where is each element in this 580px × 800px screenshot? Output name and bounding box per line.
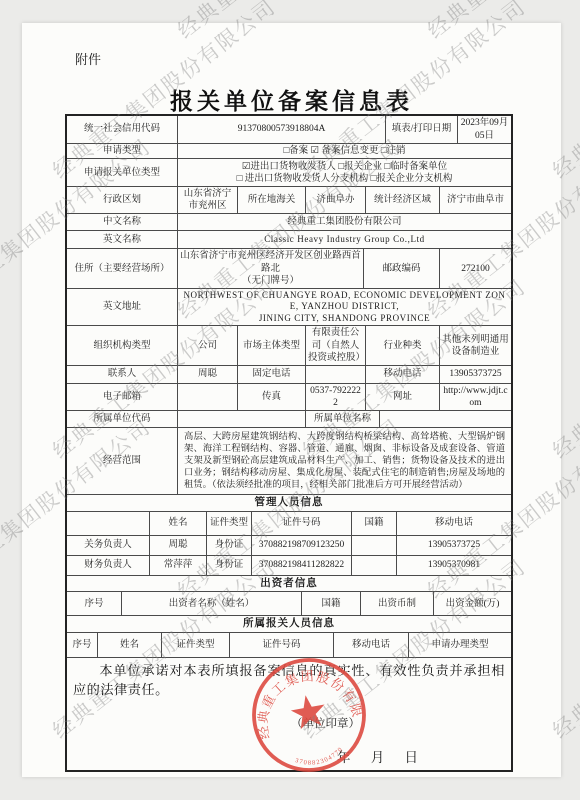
managers-header-cell-4: 国籍: [351, 512, 396, 535]
en-address-cell-1: NORTHWEST OF CHUANGYE ROAD, ECONOMIC DEV…: [177, 289, 511, 326]
row-cn-name: 中文名称经典重工集团股份有限公司: [67, 213, 511, 230]
contact-cell-5: 13905373725: [439, 366, 511, 383]
apply-type-cell-0: 申请类型: [67, 144, 177, 158]
row-customs-manager: 关务负责人周聪身份证37088219870912325013905373725: [67, 535, 511, 555]
org-type-cell-4: 行业种类: [365, 326, 439, 364]
row-uscc: 统一社会信用代码91370800573918804A填表/打印日期2023年09…: [67, 116, 511, 143]
managers-header-cell-5: 移动电话: [396, 512, 511, 535]
customs-manager-cell-3: 370882198709123250: [251, 536, 351, 555]
row-business-scope: 经营范围高层、大跨房屋建筑钢结构、大跨度钢结构桥梁结构、高耸塔桅、大型锅炉钢架、…: [67, 427, 511, 494]
scanned-document-canvas: 附件 报关单位备案信息表 统一社会信用代码91370800573918804A填…: [0, 0, 580, 800]
org-type-cell-5: 其他未列明通用设备制造业: [439, 326, 511, 364]
parent-unit-cell-3: [379, 411, 511, 427]
row-managers-header: 姓名证件类型证件号码国籍移动电话: [67, 511, 511, 535]
row-investors-title: 出资者信息: [67, 575, 511, 591]
seal-star-icon: [289, 692, 328, 730]
en-name-cell-1: Classic Heavy Industry Group Co.,Ltd: [177, 231, 511, 248]
uscc-cell-1: 91370800573918804A: [177, 116, 385, 143]
cn-name-cell-0: 中文名称: [67, 214, 177, 230]
row-staff-title: 所属报关人员信息: [67, 615, 511, 631]
unit-type-cell-1: ☑进出口货物收发货人 □报关企业 □临时备案单位 □ 进出口货物收发货人分支机构…: [177, 159, 511, 186]
parent-unit-cell-2: 所属单位名称: [305, 411, 379, 427]
investors-title-label: 出资者信息: [67, 576, 511, 591]
row-apply-type: 申请类型□备案 ☑ 备案信息变更 □注销: [67, 143, 511, 158]
finance-manager-cell-3: 370882198411282822: [251, 556, 351, 575]
investors-header-cell-3: 出资币制: [360, 592, 433, 615]
managers-header-cell-3: 证件号码: [251, 512, 351, 535]
row-en-address: 英文地址NORTHWEST OF CHUANGYE ROAD, ECONOMIC…: [67, 288, 511, 326]
row-parent-unit: 所属单位代码所属单位名称: [67, 410, 511, 427]
finance-manager-cell-2: 身份证: [206, 556, 251, 575]
investors-header-cell-4: 出资金额(万): [433, 592, 511, 615]
page-title: 报关单位备案信息表: [22, 83, 561, 116]
org-type-cell-2: 市场主体类型: [237, 326, 305, 364]
unit-type-cell-0: 申请报关单位类型: [67, 159, 177, 186]
registration-form-table: 统一社会信用代码91370800573918804A填表/打印日期2023年09…: [65, 114, 513, 772]
email-cell-2: 传真: [237, 384, 305, 410]
finance-manager-cell-1: 常萍萍: [149, 556, 206, 575]
parent-unit-cell-1: [177, 411, 305, 427]
row-staff-header: 序号姓名证件类型证件号码移动电话申请办理类型: [67, 632, 511, 657]
email-cell-1: [177, 384, 237, 410]
row-en-name: 英文名称Classic Heavy Industry Group Co.,Ltd: [67, 230, 511, 248]
finance-manager-cell-5: 13905370981: [396, 556, 511, 575]
customs-manager-cell-1: 周聪: [149, 536, 206, 555]
row-contact: 联系人周聪固定电话移动电话13905373725: [67, 365, 511, 383]
admin-division-cell-3: 济曲阜办: [305, 187, 365, 213]
cn-name-cell-1: 经典重工集团股份有限公司: [177, 214, 511, 230]
admin-division-cell-5: 济宁市曲阜市: [439, 187, 511, 213]
admin-division-cell-2: 所在地海关: [237, 187, 305, 213]
uscc-cell-0: 统一社会信用代码: [67, 116, 177, 143]
org-type-cell-0: 组织机构类型: [67, 326, 177, 364]
row-admin-division: 行政区划山东省济宁市兖州区所在地海关济曲阜办统计经济区域济宁市曲阜市: [67, 186, 511, 213]
email-cell-5: http://www.jdjt.com: [439, 384, 511, 410]
row-email: 电子邮箱传真0537-7922222网址http://www.jdjt.com: [67, 383, 511, 410]
staff-header-cell-2: 证件类型: [161, 633, 229, 657]
customs-manager-cell-0: 关务负责人: [67, 536, 149, 555]
business-scope-cell-0: 经营范围: [67, 428, 177, 494]
parent-unit-cell-0: 所属单位代码: [67, 411, 177, 427]
row-address: 住所（主要经营场所）山东省济宁市兖州区经济开发区创业路西首路北 （无门牌号）邮政…: [67, 248, 511, 287]
staff-header-cell-0: 序号: [67, 633, 97, 657]
admin-division-cell-0: 行政区划: [67, 187, 177, 213]
staff-header-cell-1: 姓名: [97, 633, 161, 657]
email-cell-3: 0537-7922222: [305, 384, 365, 410]
finance-manager-cell-4: [351, 556, 396, 575]
staff-header-cell-5: 申请办理类型: [408, 633, 511, 657]
email-cell-4: 网址: [365, 384, 439, 410]
contact-cell-2: 固定电话: [237, 366, 305, 383]
address-cell-3: 272100: [439, 249, 511, 287]
row-finance-manager: 财务负责人常萍萍身份证37088219841128282213905370981: [67, 555, 511, 575]
row-unit-type: 申请报关单位类型☑进出口货物收发货人 □报关企业 □临时备案单位 □ 进出口货物…: [67, 158, 511, 186]
investors-header-cell-2: 国籍: [301, 592, 360, 615]
row-managers-title: 管理人员信息: [67, 494, 511, 510]
en-address-cell-0: 英文地址: [67, 289, 177, 326]
contact-cell-0: 联系人: [67, 366, 177, 383]
managers-header-cell-0: [67, 512, 149, 535]
staff-title-label: 所属报关人员信息: [67, 616, 511, 631]
paper-sheet: 附件 报关单位备案信息表 统一社会信用代码91370800573918804A填…: [22, 23, 561, 777]
contact-cell-4: 移动电话: [365, 366, 439, 383]
org-type-cell-1: 公司: [177, 326, 237, 364]
managers-header-cell-2: 证件类型: [206, 512, 251, 535]
address-cell-1: 山东省济宁市兖州区经济开发区创业路西首路北 （无门牌号）: [177, 249, 363, 287]
customs-manager-cell-2: 身份证: [206, 536, 251, 555]
investors-header-cell-0: 序号: [67, 592, 121, 615]
business-scope-cell-1: 高层、大跨房屋建筑钢结构、大跨度钢结构桥梁结构、高耸塔桅、大型锅炉钢架、海洋工程…: [177, 428, 511, 494]
admin-division-cell-4: 统计经济区域: [365, 187, 439, 213]
apply-type-cell-1: □备案 ☑ 备案信息变更 □注销: [177, 144, 511, 158]
email-cell-0: 电子邮箱: [67, 384, 177, 410]
admin-division-cell-1: 山东省济宁市兖州区: [177, 187, 237, 213]
row-org-type: 组织机构类型公司市场主体类型有限责任公司（自然人投资或控股）行业种类其他未列明通…: [67, 325, 511, 364]
org-type-cell-3: 有限责任公司（自然人投资或控股）: [305, 326, 365, 364]
company-seal-stamp: 经典重工集团股份有限公司 3708823047704: [238, 644, 379, 785]
declaration-section: 本单位承诺对本表所填报备案信息的真实性、有效性负责并承担相应的法律责任。 （单位…: [67, 657, 511, 770]
address-cell-0: 住所（主要经营场所）: [67, 249, 177, 287]
managers-header-cell-1: 姓名: [149, 512, 206, 535]
attachment-label: 附件: [75, 49, 101, 68]
contact-cell-3: [305, 366, 365, 383]
finance-manager-cell-0: 财务负责人: [67, 556, 149, 575]
uscc-cell-3: 2023年09月 05日: [457, 116, 511, 143]
address-cell-2: 邮政编码: [363, 249, 439, 287]
managers-title-label: 管理人员信息: [67, 495, 511, 510]
uscc-cell-2: 填表/打印日期: [385, 116, 457, 143]
contact-cell-1: 周聪: [177, 366, 237, 383]
customs-manager-cell-5: 13905373725: [396, 536, 511, 555]
customs-manager-cell-4: [351, 536, 396, 555]
en-name-cell-0: 英文名称: [67, 231, 177, 248]
row-investors-header: 序号出资者名称（姓名）国籍出资币制出资金额(万): [67, 591, 511, 615]
investors-header-cell-1: 出资者名称（姓名）: [121, 592, 301, 615]
